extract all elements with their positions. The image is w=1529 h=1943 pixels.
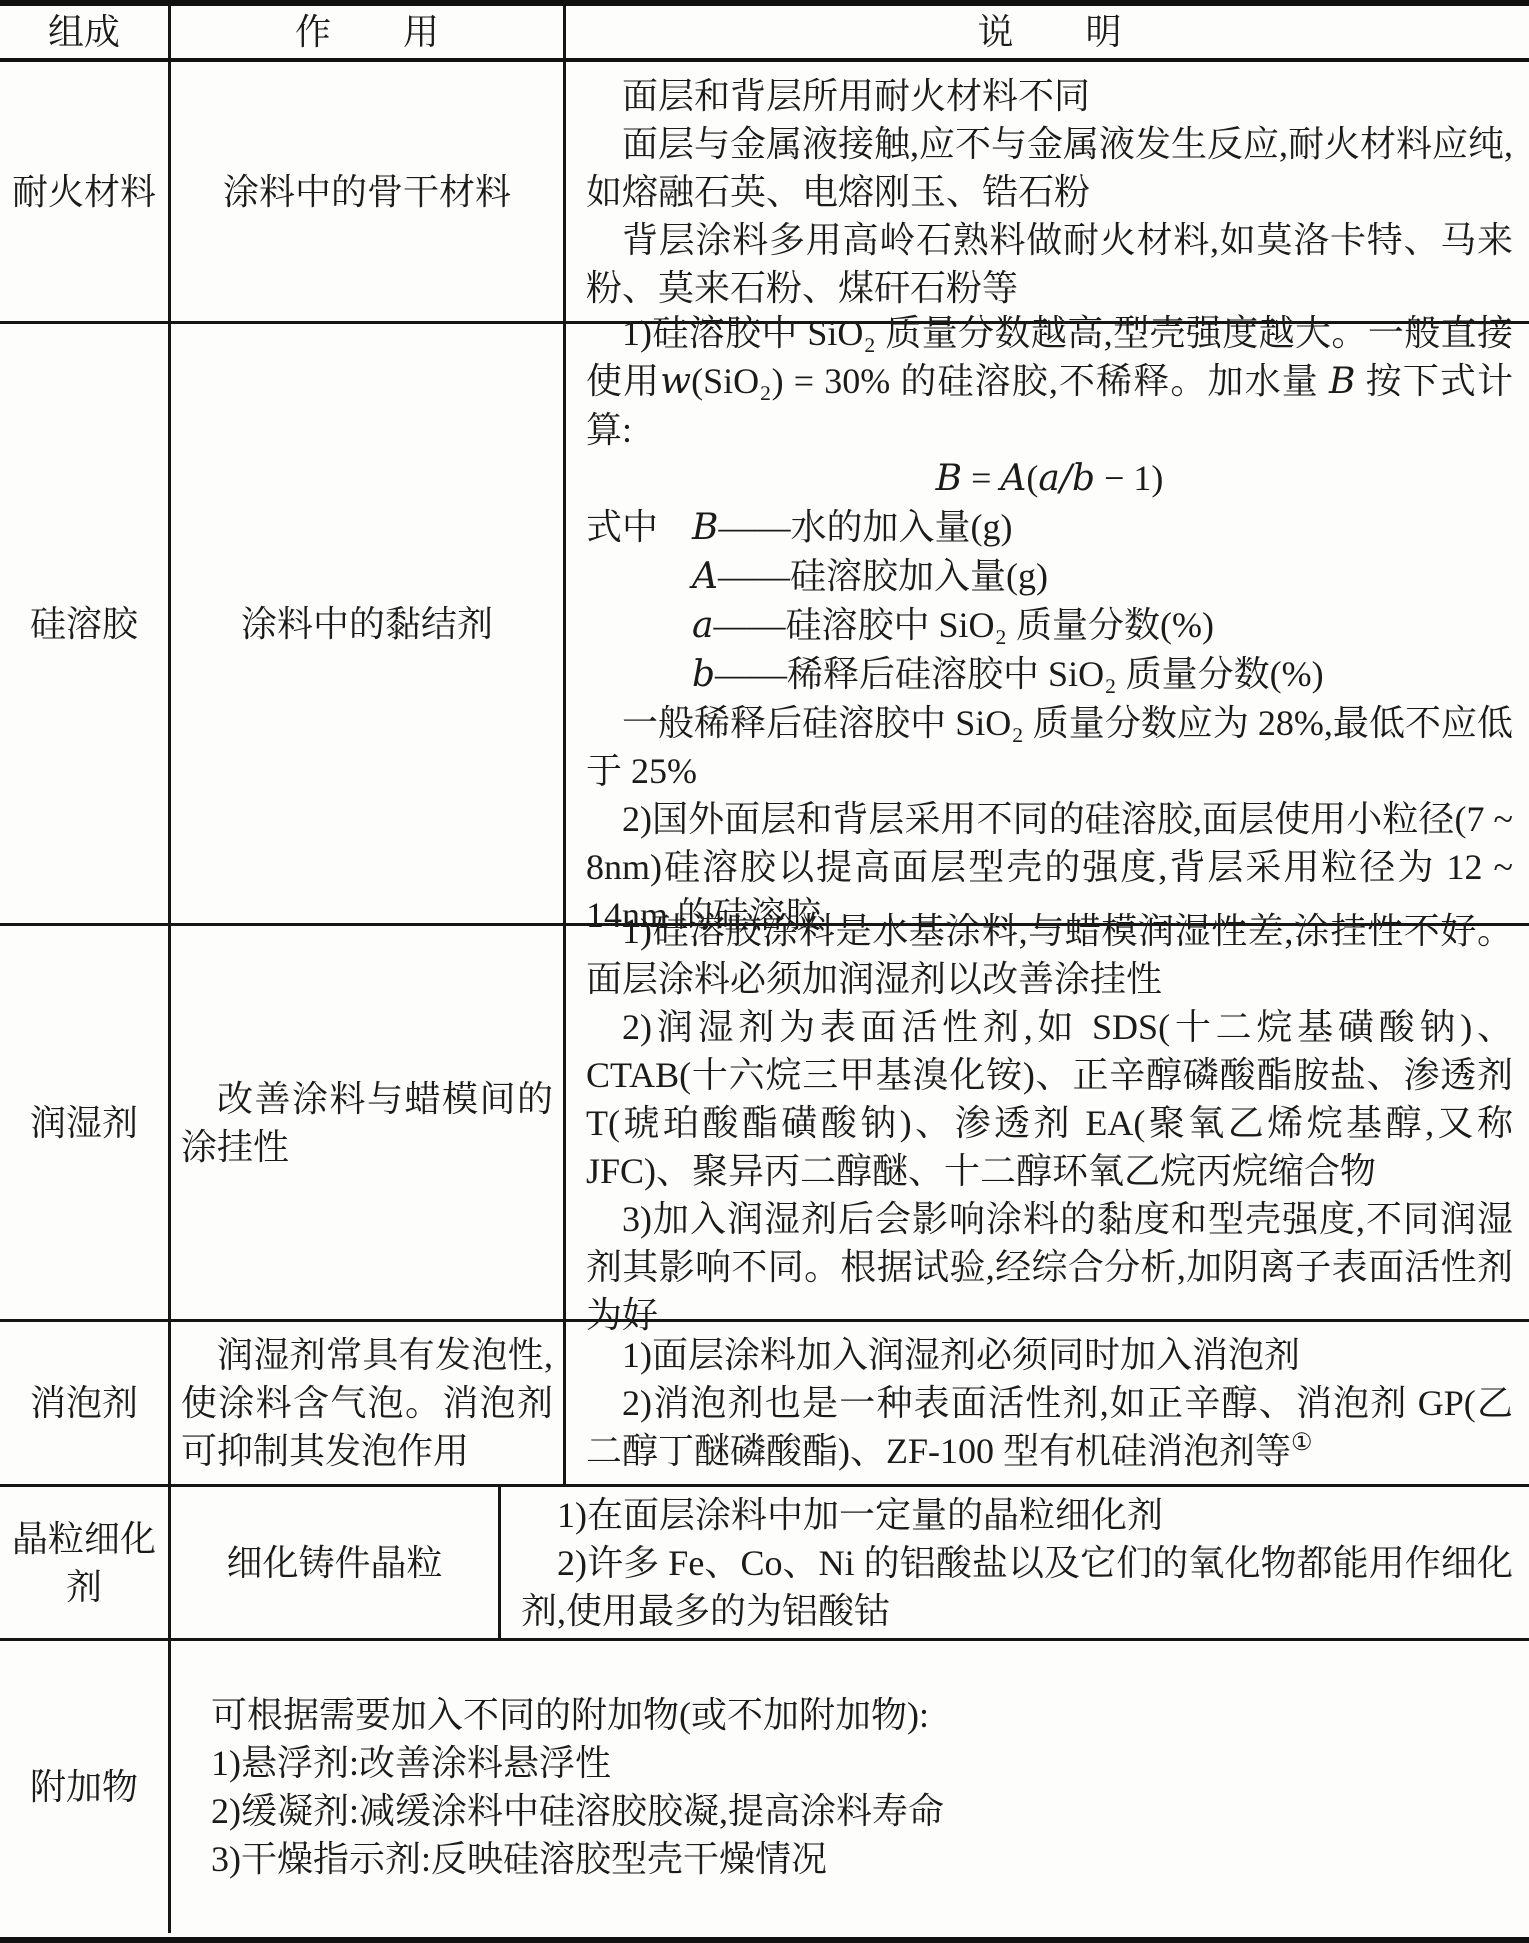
- note-paragraph: 一般稀释后硅溶胶中 SiO₂ 质量分数应为 28%,最低不应低于 25%: [586, 699, 1513, 795]
- formula-definition: a——硅溶胶中 SiO₂ 质量分数(%): [586, 601, 1513, 650]
- silica-function-cell: 涂料中的黏结剂: [168, 324, 563, 923]
- note-paragraph: 可根据需要加入不同的附加物(或不加附加物):: [211, 1691, 1505, 1739]
- note-paragraph: 1)面层涂料加入润湿剂必须同时加入消泡剂: [586, 1331, 1513, 1379]
- wetting-name-cell: 润湿剂: [0, 926, 168, 1319]
- row-defoamer: 消泡剂 润湿剂常具有发泡性,使涂料含气泡。消泡剂可抑制其发泡作用 1)面层涂料加…: [0, 1322, 1529, 1487]
- header-description: 说 明: [563, 6, 1529, 58]
- row-additives: 附加物 可根据需要加入不同的附加物(或不加附加物): 1)悬浮剂:改善涂料悬浮性…: [0, 1641, 1529, 1933]
- formula-line: B = A(a/b − 1): [586, 454, 1513, 503]
- refractory-name-cell: 耐火材料: [0, 62, 168, 321]
- footnote-marker: ①: [1291, 1430, 1313, 1456]
- note-paragraph: 1)悬浮剂:改善涂料悬浮性: [211, 1739, 1505, 1787]
- silica-name-cell: 硅溶胶: [0, 324, 168, 923]
- defoamer-function-cell: 润湿剂常具有发泡性,使涂料含气泡。消泡剂可抑制其发泡作用: [168, 1322, 563, 1484]
- formula-definition: A——硅溶胶加入量(g): [586, 552, 1513, 601]
- note-paragraph: 2)润湿剂为表面活性剂,如 SDS(十二烷基磺酸钠)、CTAB(十六烷三甲基溴化…: [586, 1003, 1513, 1195]
- coating-composition-table-page: 组成 作 用 说 明 耐火材料 涂料中的骨干材料 面层和背层所用耐火材料不同 面…: [0, 0, 1529, 1943]
- additives-notes-cell: 可根据需要加入不同的附加物(或不加附加物): 1)悬浮剂:改善涂料悬浮性 2)缓…: [168, 1641, 1529, 1933]
- note-paragraph: 3)干燥指示剂:反映硅溶胶型壳干燥情况: [211, 1835, 1505, 1883]
- header-composition: 组成: [0, 6, 168, 58]
- row-wetting-agent: 润湿剂 改善涂料与蜡模间的涂挂性 1)硅溶胶涂料是水基涂料,与蜡模润湿性差,涂挂…: [0, 926, 1529, 1322]
- refractory-function-cell: 涂料中的骨干材料: [168, 62, 563, 321]
- defoamer-notes-cell: 1)面层涂料加入润湿剂必须同时加入消泡剂 2)消泡剂也是一种表面活性剂,如正辛醇…: [563, 1322, 1529, 1484]
- refiner-function-cell: 细化铸件晶粒: [168, 1487, 498, 1638]
- formula-definition: 式中B——水的加入量(g): [586, 503, 1513, 552]
- coating-composition-table: 组成 作 用 说 明 耐火材料 涂料中的骨干材料 面层和背层所用耐火材料不同 面…: [0, 0, 1529, 1943]
- refiner-name-cell: 晶粒细化剂: [0, 1487, 168, 1638]
- note-paragraph: 面层和背层所用耐火材料不同: [586, 72, 1513, 120]
- note-paragraph: 面层与金属液接触,应不与金属液发生反应,耐火材料应纯,如熔融石英、电熔刚玉、锆石…: [586, 120, 1513, 216]
- refiner-notes-cell: 1)在面层涂料中加一定量的晶粒细化剂 2)许多 Fe、Co、Ni 的铝酸盐以及它…: [498, 1487, 1529, 1638]
- row-silica-sol: 硅溶胶 涂料中的黏结剂 1)硅溶胶中 SiO₂ 质量分数越高,型壳强度越大。一般…: [0, 324, 1529, 926]
- defoamer-name-cell: 消泡剂: [0, 1322, 168, 1484]
- note-paragraph: 1)硅溶胶涂料是水基涂料,与蜡模润湿性差,涂挂性不好。面层涂料必须加润湿剂以改善…: [586, 907, 1513, 1003]
- math-var-B: B: [1329, 361, 1355, 402]
- wetting-notes-cell: 1)硅溶胶涂料是水基涂料,与蜡模润湿性差,涂挂性不好。面层涂料必须加润湿剂以改善…: [563, 926, 1529, 1319]
- note-paragraph: 2)消泡剂也是一种表面活性剂,如正辛醇、消泡剂 GP(乙二醇丁醚磷酸酯)、ZF-…: [586, 1379, 1513, 1475]
- note-paragraph: 2)缓凝剂:减缓涂料中硅溶胶胶凝,提高涂料寿命: [211, 1787, 1505, 1835]
- row-grain-refiner: 晶粒细化剂 细化铸件晶粒 1)在面层涂料中加一定量的晶粒细化剂 2)许多 Fe、…: [0, 1487, 1529, 1641]
- additives-name-cell: 附加物: [0, 1641, 168, 1933]
- wetting-function-cell: 改善涂料与蜡模间的涂挂性: [168, 926, 563, 1319]
- note-paragraph: 背层涂料多用高岭石熟料做耐火材料,如莫洛卡特、马来粉、莫来石粉、煤矸石粉等: [586, 216, 1513, 312]
- header-function: 作 用: [168, 6, 563, 58]
- note-paragraph: 2)许多 Fe、Co、Ni 的铝酸盐以及它们的氧化物都能用作细化剂,使用最多的为…: [521, 1539, 1513, 1635]
- note-paragraph: 1)硅溶胶中 SiO₂ 质量分数越高,型壳强度越大。一般直接使用w(SiO₂) …: [586, 309, 1513, 454]
- function-paragraph: 润湿剂常具有发泡性,使涂料含气泡。消泡剂可抑制其发泡作用: [181, 1331, 553, 1475]
- silica-notes-cell: 1)硅溶胶中 SiO₂ 质量分数越高,型壳强度越大。一般直接使用w(SiO₂) …: [563, 324, 1529, 923]
- math-var-w: w: [660, 361, 691, 402]
- note-paragraph: 3)加入润湿剂后会影响涂料的黏度和型壳强度,不同润湿剂其影响不同。根据试验,经综…: [586, 1195, 1513, 1339]
- formula-definition: b——稀释后硅溶胶中 SiO₂ 质量分数(%): [586, 650, 1513, 699]
- table-header-row: 组成 作 用 说 明: [0, 6, 1529, 62]
- row-refractory: 耐火材料 涂料中的骨干材料 面层和背层所用耐火材料不同 面层与金属液接触,应不与…: [0, 62, 1529, 324]
- function-paragraph: 改善涂料与蜡模间的涂挂性: [181, 1075, 553, 1171]
- refractory-notes-cell: 面层和背层所用耐火材料不同 面层与金属液接触,应不与金属液发生反应,耐火材料应纯…: [563, 62, 1529, 321]
- note-paragraph: 1)在面层涂料中加一定量的晶粒细化剂: [521, 1491, 1513, 1539]
